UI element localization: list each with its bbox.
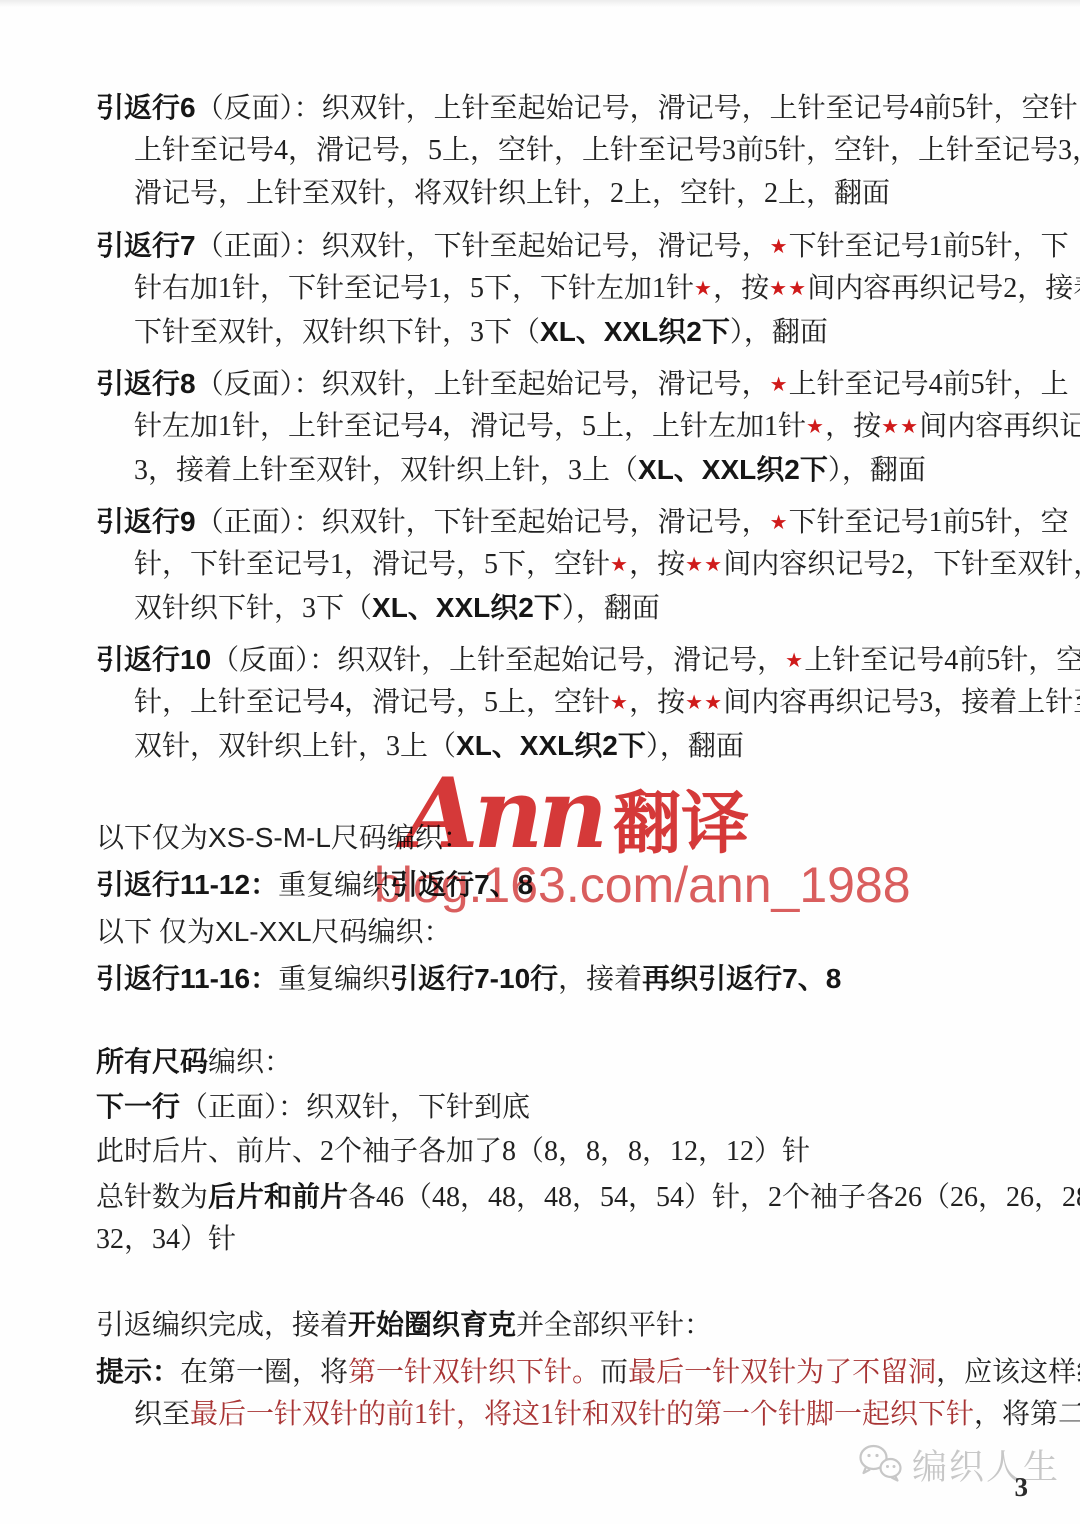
red-star-marker: ★ [785,650,804,672]
red-star-marker: ★ [694,278,713,300]
blank-line [96,776,1030,816]
text-segment: 后片和前片 [208,1181,348,1212]
text-segment: ），翻面 [828,455,926,486]
text-segment: ，应该这样织， [936,1357,1080,1388]
text-segment: 以下 仅为 [96,917,215,948]
text-line: 织至最后一针双针的前1针，将这1针和双针的第一个针脚一起织下针，将第二个 [96,1393,1030,1436]
text-segment: 编织： [208,1047,292,1078]
yoke-start-note: 引返编织完成，接着开始圈织育克并全部织平针： [96,1303,1030,1346]
next-row: 下一行（正面）：织双针，下针到底 [96,1085,1030,1128]
text-line: 总针数为后片和前片各46（48，48，48，54，54）针，2个袖子各26（26… [96,1175,1030,1218]
text-line: 3，接着上针至双针，双针织上针，3上（XL、XXL织2下），翻面 [96,448,1030,491]
text-segment: ，按 [713,273,769,304]
text-segment: ，按 [629,687,685,718]
red-star-marker: ★★ [685,554,723,576]
red-star-marker: ★★ [685,692,723,714]
text-segment: （正面）：织双针，下针到底 [180,1092,530,1123]
sizes-xl-xxl-note: 以下 仅为XL-XXL尺码编织： [96,910,1030,953]
text-segment: 上针至记号4前5针，空 [804,645,1080,676]
text-segment: ，按 [629,549,685,580]
text-line: 双针织下针，3下（XL、XXL织2下），翻面 [96,586,1030,629]
text-segment: XL-XXL [215,916,312,947]
text-segment: XS-S-M-L [208,822,331,853]
text-segment: 上针至记号4，滑记号，5上，空针，上针至记号3前5针，空针，上针至记号3， [134,135,1080,166]
text-segment: 引返行11-16： [96,963,278,994]
text-line: 此时后片、前片、2个袖子各加了8（8，8，8，12，12）针 [96,1130,1030,1173]
text-line: 滑记号，上针至双针，将双针织上针，2上，空针，2上，翻面 [96,172,1030,215]
text-segment: 双针织下针，3下（ [134,593,372,624]
text-line: 下一行（正面）：织双针，下针到底 [96,1085,1030,1128]
text-line: 针左加1针，上针至记号4，滑记号，5上，上针左加1针★，按★★间内容再织记号 [96,405,1030,448]
text-line: 双针，双针织上针，3上（XL、XXL织2下），翻面 [96,724,1030,767]
text-segment: 下针至记号1前5针，下 [789,231,1069,262]
text-segment: 间内容再织记号3，接着上针至 [723,687,1080,718]
text-segment: 引返行11-12： [96,869,278,900]
text-line: 引返行9（正面）：织双针，下针至起始记号，滑记号，★下针至记号1前5针，空 [96,500,1030,543]
text-line: 引返行11-16：重复编织引返行7-10行，接着再织引返行7、8 [96,957,1030,1000]
text-segment: ），翻面 [646,731,744,762]
text-segment: XL、XXL织2下 [456,730,646,761]
text-segment: 以下仅为 [96,823,208,854]
text-line: 针右加1针，下针至记号1，5下，下针左加1针★，按★★间内容再织记号2，接着 [96,267,1030,310]
short-row-9: 引返行9（正面）：织双针，下针至起始记号，滑记号，★下针至记号1前5针，空针，下… [96,500,1030,629]
text-line: 针，下针至记号1，滑记号，5下，空针★，按★★间内容织记号2，下针至双针， [96,543,1030,586]
text-line: 提示：在第一圈，将第一针双针织下针。而最后一针双针为了不留洞，应该这样织， [96,1350,1030,1393]
text-segment: ，接着 [558,964,642,995]
short-rows-11-12: 引返行11-12：重复编织引返行7、8 [96,863,1030,906]
text-body: 引返行6（反面）：织双针，上针至起始记号，滑记号，上针至记号4前5针，空针上针至… [96,86,1030,1440]
short-row-7: 引返行7（正面）：织双针，下针至起始记号，滑记号，★下针至记号1前5针，下针右加… [96,224,1030,353]
footer-brand-watermark: 编织人生 [858,1440,1060,1490]
text-segment: （反面）：织双针，上针至起始记号，滑记号， [211,645,785,676]
text-segment: 引返行10 [96,644,211,675]
text-segment: 下针至双针，双针织下针，3下（ [134,317,540,348]
text-segment: XL、XXL织2下 [638,454,828,485]
short-row-10: 引返行10（反面）：织双针，上针至起始记号，滑记号，★上针至记号4前5针，空针，… [96,638,1030,767]
text-segment: 开始圈织育克 [348,1309,516,1340]
text-line: 上针至记号4，滑记号，5上，空针，上针至记号3前5针，空针，上针至记号3， [96,129,1030,172]
red-star-marker: ★★ [769,278,807,300]
text-line: 引返行7（正面）：织双针，下针至起始记号，滑记号，★下针至记号1前5针，下 [96,224,1030,267]
text-line: 引返编织完成，接着开始圈织育克并全部织平针： [96,1303,1030,1346]
sizes-xs-l-note: 以下仅为XS-S-M-L尺码编织： [96,816,1030,859]
text-segment: 针左加1针，上针至记号4，滑记号，5上，上针左加1针 [134,411,806,442]
text-segment: 间内容再织记号2，接着 [807,273,1080,304]
red-star-marker: ★ [770,236,789,258]
text-segment: 此时后片、前片、2个袖子各加了8（8，8，8，12，12）针 [96,1136,810,1167]
document-page: 引返行6（反面）：织双针，上针至起始记号，滑记号，上针至记号4前5针，空针上针至… [0,0,1080,1524]
text-segment: 针，下针至记号1，滑记号，5下，空针 [134,549,610,580]
text-segment: 最后一针双针的前1针， [190,1399,484,1430]
blank-line [96,1263,1030,1303]
text-segment: 下针至记号1前5针，空 [789,507,1069,538]
text-segment: 第一针双针织下针。 [348,1357,600,1388]
text-line: 以下 仅为XL-XXL尺码编织： [96,910,1030,953]
text-segment: 尺码编织： [312,917,452,948]
text-line: 引返行6（反面）：织双针，上针至起始记号，滑记号，上针至记号4前5针，空针 [96,86,1030,129]
text-segment: 再织引返行7、8 [642,963,841,994]
text-segment: （反面）：织双针，上针至起始记号，滑记号， [196,369,770,400]
text-segment: 总针数为 [96,1182,208,1213]
text-segment: 引返行9 [96,506,196,537]
text-line: 下针至双针，双针织下针，3下（XL、XXL织2下），翻面 [96,310,1030,353]
text-segment: 上针至记号4前5针，上 [789,369,1069,400]
text-segment: 将这1针和双针的第一个针脚一起织下针 [484,1399,974,1430]
text-line: 所有尺码编织： [96,1040,1030,1083]
text-line: 引返行8（反面）：织双针，上针至起始记号，滑记号，★上针至记号4前5针，上 [96,362,1030,405]
text-segment: 最后一针双针为了不留洞 [628,1357,936,1388]
all-sizes-heading: 所有尺码编织： [96,1040,1030,1083]
short-row-8: 引返行8（反面）：织双针，上针至起始记号，滑记号，★上针至记号4前5针，上针左加… [96,362,1030,491]
text-segment: 针右加1针，下针至记号1，5下，下针左加1针 [134,273,694,304]
red-star-marker: ★ [610,554,629,576]
text-segment: 引返行7 [96,230,196,261]
text-segment: ），翻面 [562,593,660,624]
short-rows-11-16: 引返行11-16：重复编织引返行7-10行，接着再织引返行7、8 [96,957,1030,1000]
red-star-marker: ★ [770,512,789,534]
text-segment: （反面）：织双针，上针至起始记号，滑记号，上针至记号4前5针，空针 [196,93,1078,124]
red-star-marker: ★★ [881,416,919,438]
tip-paragraph: 提示：在第一圈，将第一针双针织下针。而最后一针双针为了不留洞，应该这样织，织至最… [96,1350,1030,1436]
text-segment: 重复编织 [278,964,390,995]
text-segment: 3，接着上针至双针，双针织上针，3上（ [134,455,638,486]
text-line: 引返行11-12：重复编织引返行7、8 [96,863,1030,906]
text-segment: 双针，双针织上针，3上（ [134,731,456,762]
short-row-6: 引返行6（反面）：织双针，上针至起始记号，滑记号，上针至记号4前5针，空针上针至… [96,86,1030,215]
text-line: 针，上针至记号4，滑记号，5上，空针★，按★★间内容再织记号3，接着上针至 [96,681,1030,724]
text-segment: 滑记号，上针至双针，将双针织上针，2上，空针，2上，翻面 [134,178,890,209]
text-line: 引返行10（反面）：织双针，上针至起始记号，滑记号，★上针至记号4前5针，空 [96,638,1030,681]
text-segment: 下一行 [96,1091,180,1122]
text-segment: ），翻面 [730,317,828,348]
text-segment: 引返行7、8 [390,869,533,900]
text-segment: 间内容织记号2，下针至双针， [723,549,1080,580]
text-segment: 尺码编织： [331,823,471,854]
red-star-marker: ★ [806,416,825,438]
text-segment: 引返行7-10行 [390,963,558,994]
footer-brand-label: 编织人生 [912,1440,1060,1490]
text-segment: 织至 [134,1399,190,1430]
text-segment: 各46（48，48，48，54，54）针，2个袖子各26（26，26，28， [348,1182,1080,1213]
text-segment: ，将第二个 [974,1399,1080,1430]
red-star-marker: ★ [770,374,789,396]
wechat-bubbles-icon [858,1443,904,1488]
text-segment: 而 [600,1357,628,1388]
text-segment: ，按 [825,411,881,442]
red-star-marker: ★ [610,692,629,714]
text-segment: 在第一圈，将 [180,1357,348,1388]
text-segment: XL、XXL织2下 [372,592,562,623]
text-segment: （正面）：织双针，下针至起始记号，滑记号， [196,507,770,538]
text-segment: 重复编织 [278,870,390,901]
text-segment: 所有尺码 [96,1046,208,1077]
text-segment: 并全部织平针： [516,1310,712,1341]
total-stitch-count: 总针数为后片和前片各46（48，48，48，54，54）针，2个袖子各26（26… [96,1175,1030,1261]
text-segment: 引返行6 [96,92,196,123]
text-segment: XL、XXL织2下 [540,316,730,347]
page-number: 3 [1015,1472,1029,1503]
text-segment: 提示： [96,1356,180,1387]
text-segment: （正面）：织双针，下针至起始记号，滑记号， [196,231,770,262]
text-line: 以下仅为XS-S-M-L尺码编织： [96,816,1030,859]
text-segment: 引返编织完成，接着 [96,1310,348,1341]
text-segment: 间内容再织记号 [919,411,1080,442]
text-line: 32，34）针 [96,1218,1030,1261]
stitch-increase-note: 此时后片、前片、2个袖子各加了8（8，8，8，12，12）针 [96,1130,1030,1173]
text-segment: 引返行8 [96,368,196,399]
text-segment: 32，34）针 [96,1224,236,1255]
blank-line [96,1004,1030,1040]
text-segment: 针，上针至记号4，滑记号，5上，空针 [134,687,610,718]
